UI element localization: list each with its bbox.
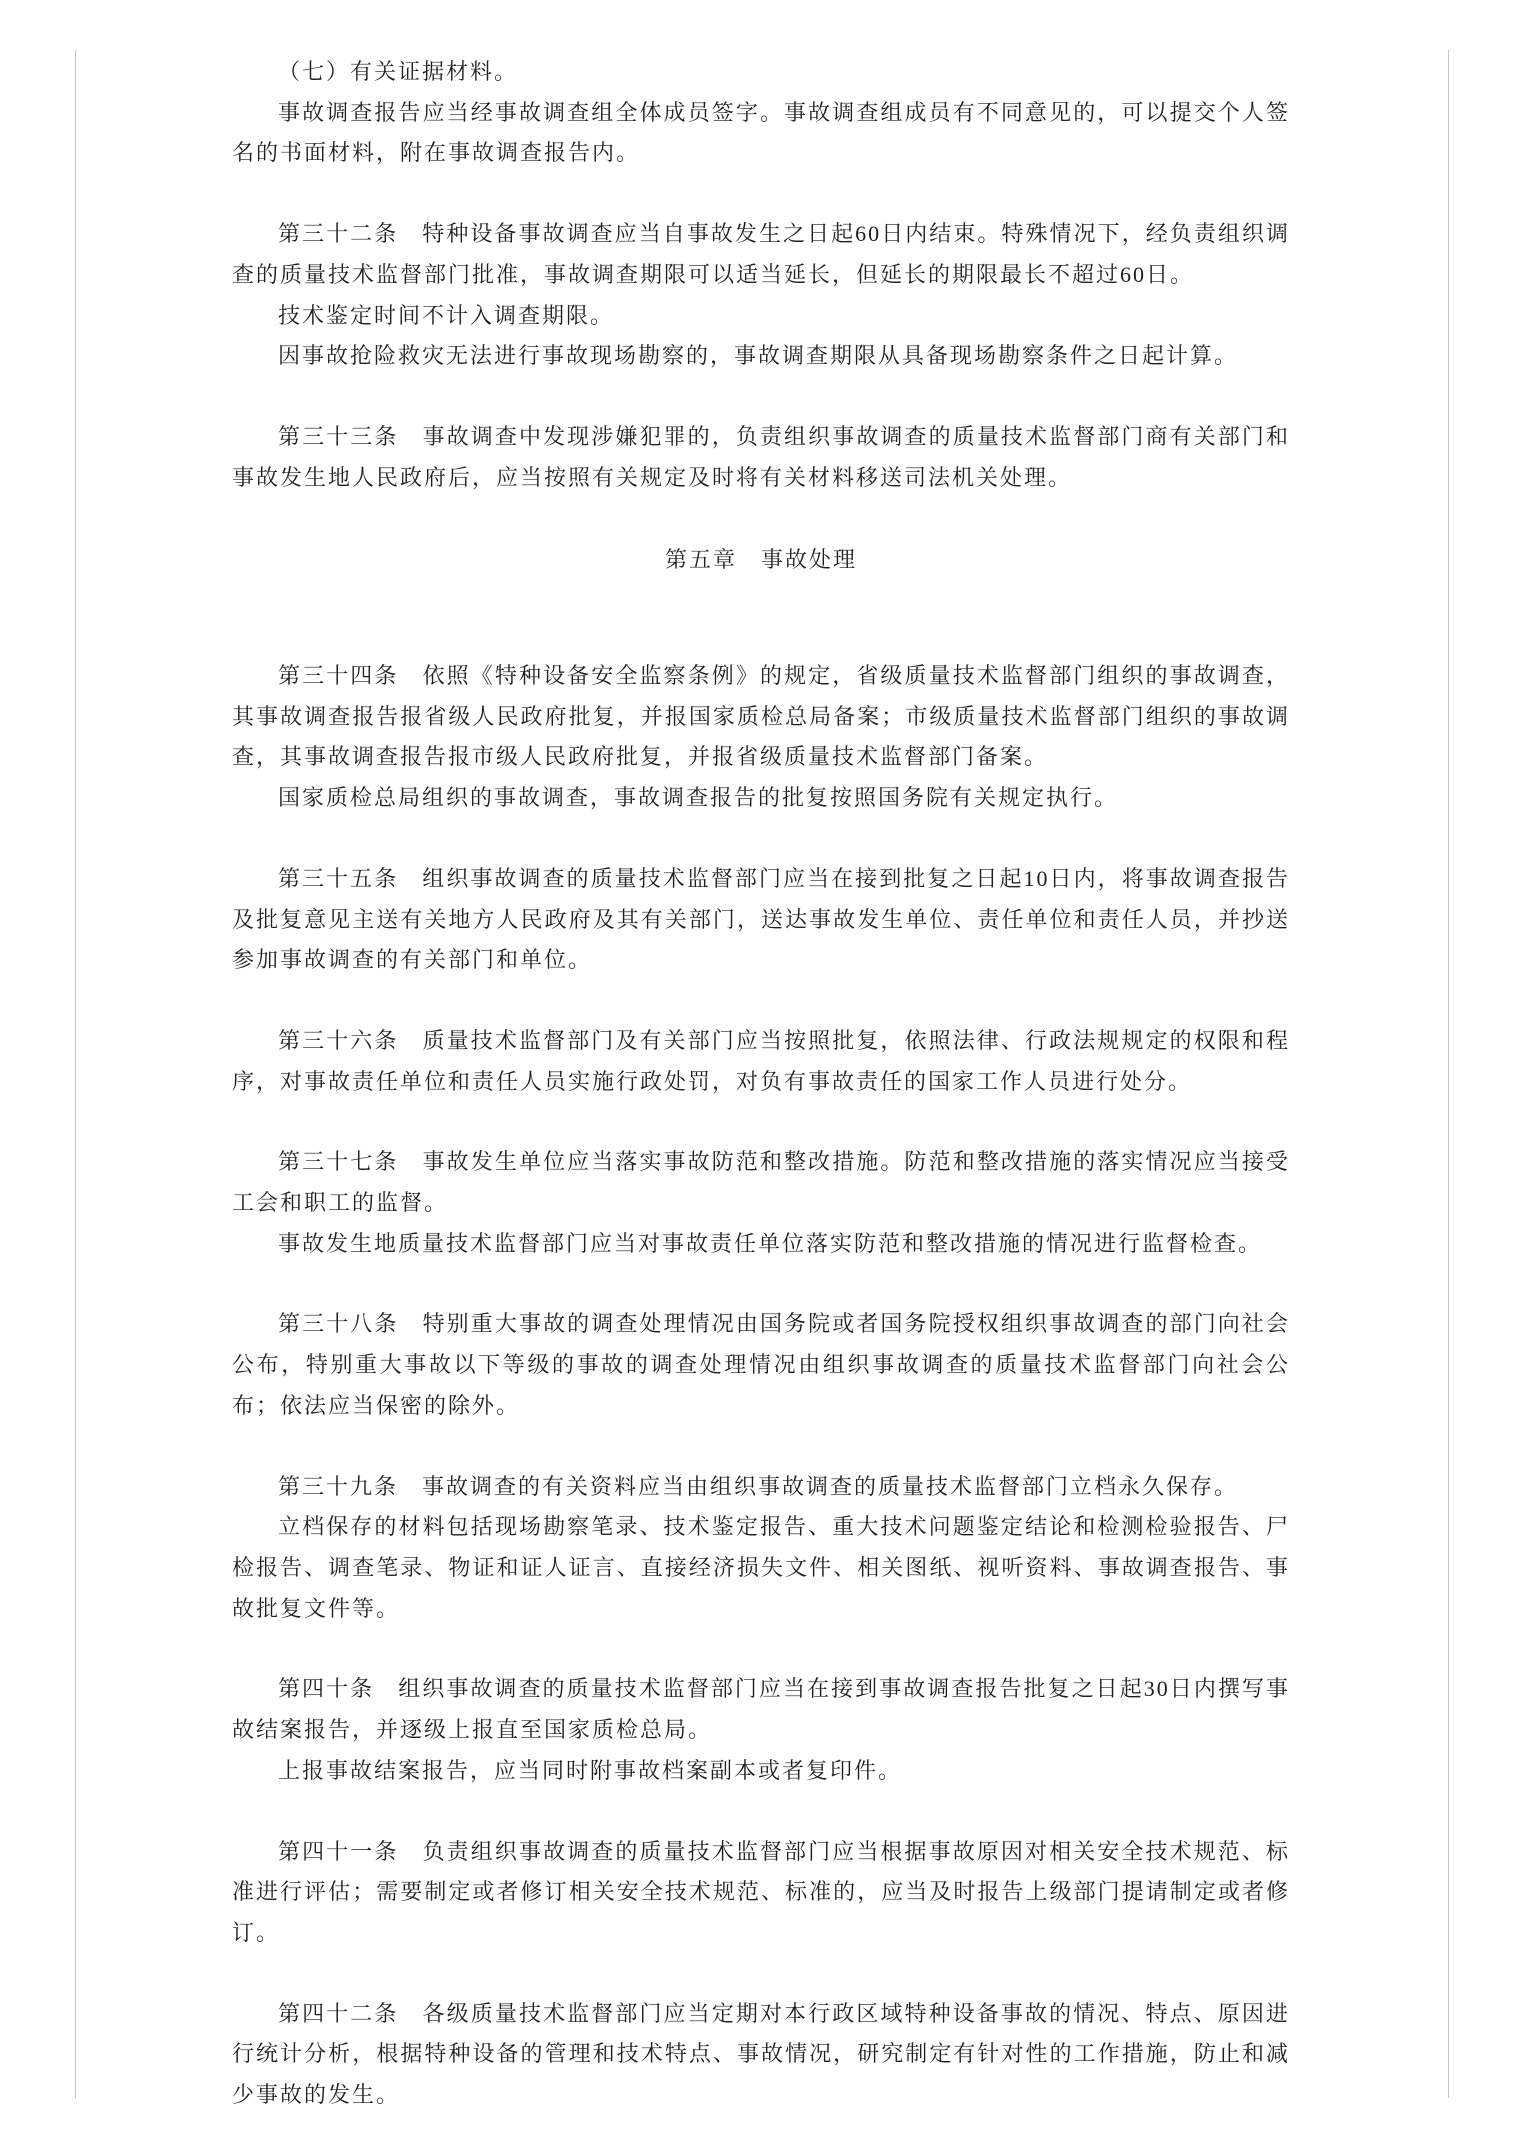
paragraph: 第三十四条 依照《特种设备安全监察条例》的规定，省级质量技术监督部门组织的事故调… (232, 656, 1290, 778)
page-border-left (75, 50, 76, 2098)
paragraph: 因事故抢险救灾无法进行事故现场勘察的，事故调查期限从具备现场勘察条件之日起计算。 (232, 336, 1290, 377)
paragraph: 第三十七条 事故发生单位应当落实事故防范和整改措施。防范和整改措施的落实情况应当… (232, 1142, 1290, 1223)
paragraph: 事故调查报告应当经事故调查组全体成员签字。事故调查组成员有不同意见的，可以提交个… (232, 93, 1290, 174)
article-41: 第四十一条 负责组织事故调查的质量技术监督部门应当根据事故原因对相关安全技术规范… (232, 1832, 1290, 1954)
page-border-right (1448, 50, 1449, 2098)
article-37: 第三十七条 事故发生单位应当落实事故防范和整改措施。防范和整改措施的落实情况应当… (232, 1142, 1290, 1264)
paragraph: 第三十八条 特别重大事故的调查处理情况由国务院或者国务院授权组织事故调查的部门向… (232, 1304, 1290, 1426)
paragraph: 上报事故结案报告，应当同时附事故档案副本或者复印件。 (232, 1751, 1290, 1792)
document-body: （七）有关证据材料。 事故调查报告应当经事故调查组全体成员签字。事故调查组成员有… (232, 52, 1290, 2116)
article-38: 第三十八条 特别重大事故的调查处理情况由国务院或者国务院授权组织事故调查的部门向… (232, 1304, 1290, 1426)
article-35: 第三十五条 组织事故调查的质量技术监督部门应当在接到批复之日起10日内，将事故调… (232, 859, 1290, 981)
paragraph: 第四十二条 各级质量技术监督部门应当定期对本行政区域特种设备事故的情况、特点、原… (232, 1994, 1290, 2116)
article-33: 第三十三条 事故调查中发现涉嫌犯罪的，负责组织事故调查的质量技术监督部门商有关部… (232, 417, 1290, 498)
article-39: 第三十九条 事故调查的有关资料应当由组织事故调查的质量技术监督部门立档永久保存。… (232, 1467, 1290, 1630)
paragraph: 第三十三条 事故调查中发现涉嫌犯罪的，负责组织事故调查的质量技术监督部门商有关部… (232, 417, 1290, 498)
paragraph: 立档保存的材料包括现场勘察笔录、技术鉴定报告、重大技术问题鉴定结论和检测检验报告… (232, 1507, 1290, 1629)
article-34: 第三十四条 依照《特种设备安全监察条例》的规定，省级质量技术监督部门组织的事故调… (232, 656, 1290, 819)
article-32: 第三十二条 特种设备事故调查应当自事故发生之日起60日内结束。特殊情况下，经负责… (232, 214, 1290, 377)
paragraph: 第三十五条 组织事故调查的质量技术监督部门应当在接到批复之日起10日内，将事故调… (232, 859, 1290, 981)
paragraph: 国家质检总局组织的事故调查，事故调查报告的批复按照国务院有关规定执行。 (232, 778, 1290, 819)
paragraph: 技术鉴定时间不计入调查期限。 (232, 296, 1290, 337)
chapter-heading: 第五章 事故处理 (232, 540, 1290, 581)
paragraph-group: （七）有关证据材料。 事故调查报告应当经事故调查组全体成员签字。事故调查组成员有… (232, 52, 1290, 174)
article-40: 第四十条 组织事故调查的质量技术监督部门应当在接到事故调查报告批复之日起30日内… (232, 1669, 1290, 1791)
paragraph: 第四十一条 负责组织事故调查的质量技术监督部门应当根据事故原因对相关安全技术规范… (232, 1832, 1290, 1954)
article-42: 第四十二条 各级质量技术监督部门应当定期对本行政区域特种设备事故的情况、特点、原… (232, 1994, 1290, 2116)
paragraph: （七）有关证据材料。 (232, 52, 1290, 93)
paragraph: 第三十九条 事故调查的有关资料应当由组织事故调查的质量技术监督部门立档永久保存。 (232, 1467, 1290, 1508)
paragraph: 事故发生地质量技术监督部门应当对事故责任单位落实防范和整改措施的情况进行监督检查… (232, 1224, 1290, 1265)
paragraph: 第三十六条 质量技术监督部门及有关部门应当按照批复，依照法律、行政法规规定的权限… (232, 1021, 1290, 1102)
article-36: 第三十六条 质量技术监督部门及有关部门应当按照批复，依照法律、行政法规规定的权限… (232, 1021, 1290, 1102)
paragraph: 第四十条 组织事故调查的质量技术监督部门应当在接到事故调查报告批复之日起30日内… (232, 1669, 1290, 1750)
document-page: { "document": { "chapter_heading": "第五章 … (0, 0, 1520, 2150)
paragraph: 第三十二条 特种设备事故调查应当自事故发生之日起60日内结束。特殊情况下，经负责… (232, 214, 1290, 295)
